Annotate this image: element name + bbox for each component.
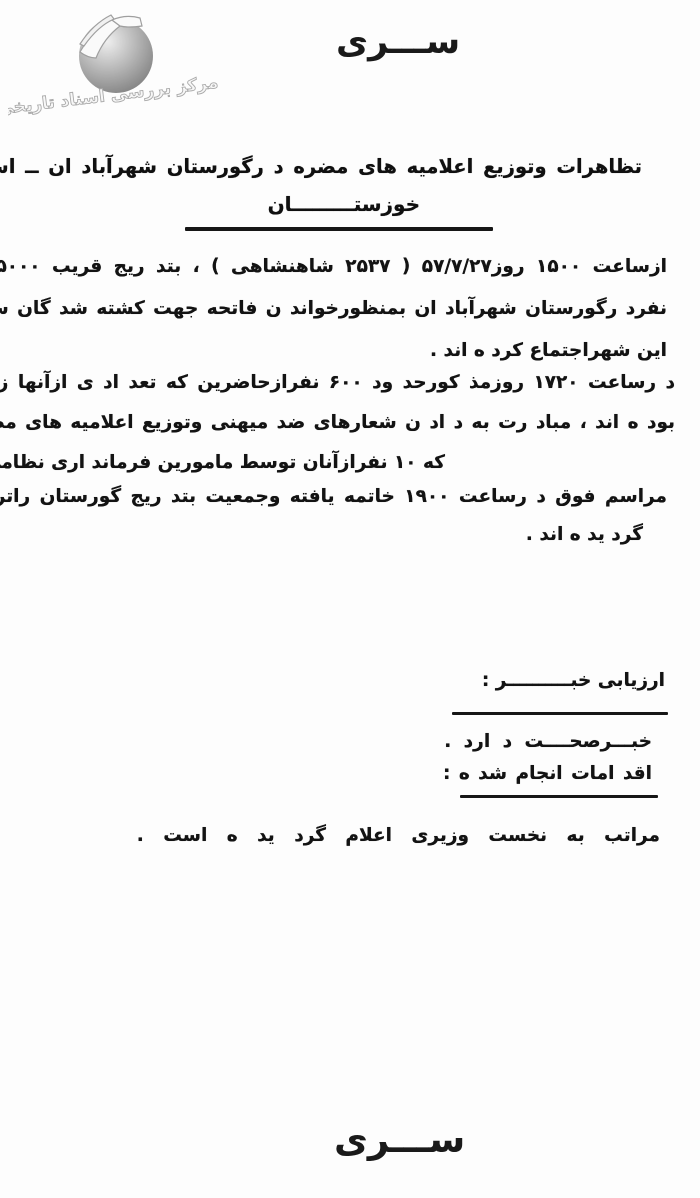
document-title-line1: تظاهرات وتوزیع اعلامیه های مضره د رگورست… (0, 155, 642, 178)
body-paragraph3-line2: گرد ید ه اند . (526, 524, 643, 545)
title-underline (185, 227, 493, 231)
actions-body: مراتب به نخست وزیری اعلام گرد ید ه است . (137, 825, 660, 846)
body-paragraph1-line2: نفرد رگورستان شهرآباد ان بمنظورخواند ن ف… (0, 298, 667, 319)
body-paragraph2-line3: که ۱۰ نفرازآنان توسط مامورین فرماند اری … (0, 452, 445, 473)
evaluation-body: خبـــرصحــــت د ارد . (444, 731, 652, 752)
document-title-line2: خوزستـــــــــان (268, 192, 420, 216)
body-paragraph1-line1: ازساعت ۱۵۰۰ روز۵۷/۷/۲۷ ( ۲۵۳۷ شاهنشاهی )… (0, 256, 667, 277)
secret-stamp-bottom: ســـری (334, 1118, 465, 1161)
actions-heading-underline (460, 795, 658, 798)
evaluation-heading-underline (452, 712, 668, 715)
scanned-document-page: ســـری مرکز بررسی اسناد تاریخی تظاهرات و… (0, 0, 700, 1198)
body-paragraph2-line2: بود ه اند ، مباد رت به د اد ن شعارهای ضد… (0, 412, 675, 433)
watermark-logo: مرکز بررسی اسناد تاریخی (8, 6, 218, 116)
body-paragraph1-line3: این شهراجتماع کرد ه اند . (430, 340, 667, 361)
body-paragraph2-line1: د رساعت ۱۷۲۰ روزمذ کورحد ود ۶۰۰ نفرازحاض… (0, 372, 675, 393)
body-paragraph3-line1: مراسم فوق د رساعت ۱۹۰۰ خاتمه یافته وجمعی… (0, 486, 667, 507)
evaluation-heading: ارزیابی خبــــــــــر : (482, 670, 665, 691)
secret-stamp-top: ســـری (336, 22, 460, 62)
actions-heading: اقد امات انجام شد ه : (443, 763, 652, 784)
